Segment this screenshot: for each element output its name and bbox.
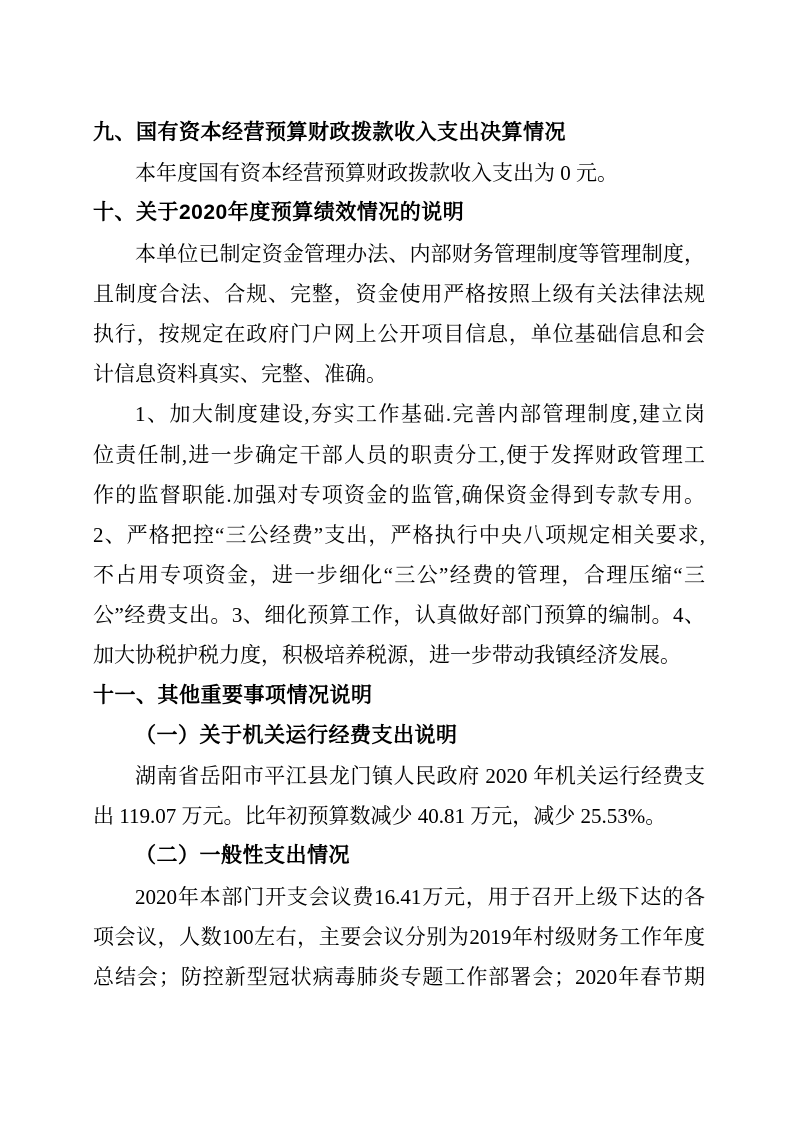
- paragraph-line: 项会议，人数100左右，主要会议分别为2019年村级财务工作年度: [93, 917, 705, 957]
- paragraph-line: 加大协税护税力度，积极培养税源，进一步带动我镇经济发展。: [93, 635, 705, 675]
- paragraph-line: 总结会；防控新型冠状病毒肺炎专题工作部署会；2020年春节期: [93, 957, 705, 997]
- document-content: 九、国有资本经营预算财政拨款收入支出决算情况 本年度国有资本经营预算财政拨款收入…: [93, 113, 705, 997]
- paragraph-line: 作的监督职能.加强对专项资金的监管,确保资金得到专款专用。: [93, 475, 705, 515]
- paragraph-line: 2、严格把控“三公经费”支出，严格执行中央八项规定相关要求,: [93, 515, 705, 555]
- section-heading-10: 十、关于2020年度预算绩效情况的说明: [93, 193, 705, 233]
- paragraph-line: 本年度国有资本经营预算财政拨款收入支出为 0 元。: [93, 153, 705, 193]
- subsection-heading-1: （一）关于机关运行经费支出说明: [93, 716, 705, 756]
- paragraph-line: 执行，按规定在政府门户网上公开项目信息，单位基础信息和会: [93, 314, 705, 354]
- paragraph-line: 计信息资料真实、完整、准确。: [93, 354, 705, 394]
- paragraph-line: 出 119.07 万元。比年初预算数减少 40.81 万元，减少 25.53%。: [93, 796, 705, 836]
- paragraph-line: 湖南省岳阳市平江县龙门镇人民政府 2020 年机关运行经费支: [93, 756, 705, 796]
- section-heading-11: 十一、其他重要事项情况说明: [93, 676, 705, 716]
- paragraph-line: 位责任制,进一步确定干部人员的职责分工,便于发挥财政管理工: [93, 435, 705, 475]
- paragraph-line: 公”经费支出。3、细化预算工作，认真做好部门预算的编制。4、: [93, 595, 705, 635]
- paragraph-line: 1、加大制度建设,夯实工作基础.完善内部管理制度,建立岗: [93, 394, 705, 434]
- paragraph-line: 2020年本部门开支会议费16.41万元，用于召开上级下达的各: [93, 877, 705, 917]
- paragraph-line: 本单位已制定资金管理办法、内部财务管理制度等管理制度，: [93, 234, 705, 274]
- document-page: 九、国有资本经营预算财政拨款收入支出决算情况 本年度国有资本经营预算财政拨款收入…: [0, 0, 793, 1122]
- paragraph-line: 且制度合法、合规、完整，资金使用严格按照上级有关法律法规: [93, 274, 705, 314]
- subsection-heading-2: （二）一般性支出情况: [93, 836, 705, 876]
- section-heading-9: 九、国有资本经营预算财政拨款收入支出决算情况: [93, 113, 705, 153]
- paragraph-line: 不占用专项资金，进一步细化“三公”经费的管理，合理压缩“三: [93, 555, 705, 595]
